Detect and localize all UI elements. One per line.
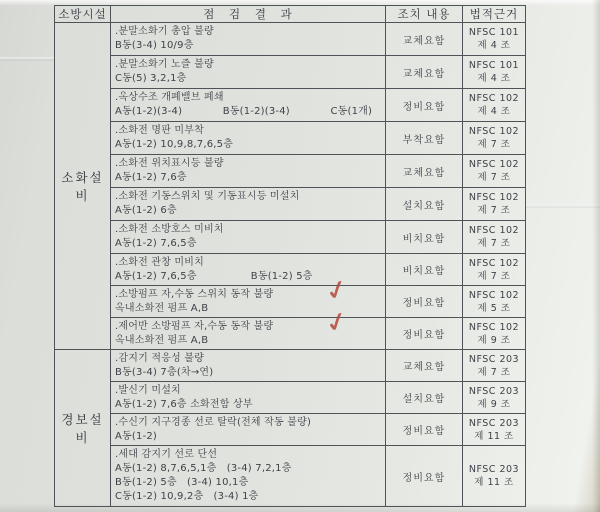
legal-basis-line: NFSC 102 — [463, 92, 525, 105]
legal-basis-line: 제 7 조 — [463, 237, 525, 250]
legal-basis-line: 제 4 조 — [463, 72, 525, 85]
result-line: A동(1-2) 6층 — [115, 204, 383, 218]
header-legal-basis: 법적근거 — [463, 6, 526, 23]
legal-basis-line: NFSC 203 — [463, 353, 525, 366]
inspection-result-cell: .분말소화기 총압 불량B동(3-4) 10/9층 — [111, 23, 386, 56]
inspection-result-cell: .소화전 관창 미비치A동(1-2) 7,6,5층 B동(1-2) 5층 — [111, 254, 386, 286]
table-row: .소방펌프 자,수동 스위치 동작 불량옥내소화전 펌프 A,B✓정비요함NFS… — [55, 286, 526, 318]
result-line: A동(1-2) 7,6층 소화전함 상부 — [115, 398, 383, 412]
table-row: .소화전 소방호스 미비치A동(1-2) 7,6,5층비치요함NFSC 102제… — [55, 221, 526, 254]
table-row: .수신기 지구경종 선로 탈락(전체 작동 불량)A동(1-2)정비요함NFSC… — [55, 414, 526, 446]
table-row: .소화전 명판 미부착A동(1-2) 10,9,8,7,6,5층부착요함NFSC… — [55, 122, 526, 155]
table-row: .소화전 기동스위치 및 기동표시등 미설치A동(1-2) 6층설치요함NFSC… — [55, 188, 526, 221]
legal-basis-cell: NFSC 203제 11 조 — [463, 446, 526, 507]
legal-basis-line: NFSC 203 — [463, 417, 525, 430]
legal-basis-line: 제 11 조 — [463, 476, 525, 489]
inspection-result-cell: .소화전 위치표시등 불량A동(1-2) 7,6층 — [111, 155, 386, 188]
legal-basis-line: 제 5 조 — [463, 302, 525, 315]
legal-basis-cell: NFSC 101제 4 조 — [463, 56, 526, 89]
result-line: .소화전 명판 미부착 — [115, 124, 383, 138]
inspection-result-cell: .소화전 소방호스 미비치A동(1-2) 7,6,5층 — [111, 221, 386, 254]
table-row: .소화전 위치표시등 불량A동(1-2) 7,6층교체요함NFSC 102제 7… — [55, 155, 526, 188]
table-row: .세대 감지기 선로 단선A동(1-2) 8,7,6,5,1층 (3-4) 7,… — [55, 446, 526, 507]
result-line: .소화전 위치표시등 불량 — [115, 157, 383, 171]
inspection-result-cell: .소화전 기동스위치 및 기동표시등 미설치A동(1-2) 6층 — [111, 188, 386, 221]
inspection-table: 소방시설 점 검 결 과 조치 내용 법적근거 소화설비.분말소화기 총압 불량… — [54, 5, 526, 507]
action-required-cell: 정비요함 — [386, 446, 463, 507]
action-required-cell: 비치요함 — [386, 221, 463, 254]
action-required-cell: 교체요함 — [386, 155, 463, 188]
table-row: 소화설비.분말소화기 총압 불량B동(3-4) 10/9층교체요함NFSC 10… — [55, 23, 526, 56]
legal-basis-line: NFSC 102 — [463, 224, 525, 237]
result-line: 옥내소화전 펌프 A,B — [115, 334, 383, 348]
inspection-result-cell: .옥상수조 개폐밸브 폐쇄A동(1-2)(3-4) B동(1-2)(3-4) C… — [111, 89, 386, 122]
action-required-cell: 비치요함 — [386, 254, 463, 286]
result-line: .제어반 소방펌프 자,수동 동작 불량 — [115, 320, 383, 334]
result-line: A동(1-2) 10,9,8,7,6,5층 — [115, 138, 383, 152]
inspection-result-cell: .소화전 명판 미부착A동(1-2) 10,9,8,7,6,5층 — [111, 122, 386, 155]
result-line: .소방펌프 자,수동 스위치 동작 불량 — [115, 288, 383, 302]
inspection-result-cell: .분말소화기 노즐 불량C동(5) 3,2,1층 — [111, 56, 386, 89]
action-required-cell: 정비요함 — [386, 89, 463, 122]
legal-basis-line: NFSC 102 — [463, 321, 525, 334]
header-action: 조치 내용 — [386, 6, 463, 23]
paper-edge-shadow — [592, 0, 600, 512]
result-line: .옥상수조 개폐밸브 폐쇄 — [115, 91, 383, 105]
result-line: B동(1-2) 5층 (3-4) 10,1층 — [115, 476, 383, 490]
legal-basis-line: NFSC 102 — [463, 257, 525, 270]
legal-basis-cell: NFSC 203제 11 조 — [463, 414, 526, 446]
header-facility: 소방시설 — [55, 6, 111, 23]
legal-basis-line: NFSC 102 — [463, 289, 525, 302]
inspection-result-cell: .소방펌프 자,수동 스위치 동작 불량옥내소화전 펌프 A,B✓ — [111, 286, 386, 318]
inspection-result-cell: .세대 감지기 선로 단선A동(1-2) 8,7,6,5,1층 (3-4) 7,… — [111, 446, 386, 507]
result-line: A동(1-2) 8,7,6,5,1층 (3-4) 7,2,1층 — [115, 462, 383, 476]
result-line: .발신기 미설치 — [115, 384, 383, 398]
result-line: .세대 감지기 선로 단선 — [115, 448, 383, 462]
facility-section-label: 소화설비 — [55, 23, 111, 350]
result-line: B동(3-4) 7층(차→연) — [115, 366, 383, 380]
result-line: A동(1-2) — [115, 430, 383, 444]
result-line: A동(1-2) 7,6,5층 B동(1-2) 5층 — [115, 270, 383, 284]
result-line: .소화전 소방호스 미비치 — [115, 223, 383, 237]
result-line: .감지기 적응성 불량 — [115, 352, 383, 366]
result-line: C동(1-2) 10,9,2층 (3-4) 1층 — [115, 490, 383, 504]
table-row: .소화전 관창 미비치A동(1-2) 7,6,5층 B동(1-2) 5층비치요함… — [55, 254, 526, 286]
legal-basis-cell: NFSC 102제 7 조 — [463, 122, 526, 155]
table-header-row: 소방시설 점 검 결 과 조치 내용 법적근거 — [55, 6, 526, 23]
legal-basis-line: 제 7 조 — [463, 270, 525, 283]
facility-section-label: 경보설비 — [55, 350, 111, 507]
legal-basis-cell: NFSC 102제 5 조 — [463, 286, 526, 318]
legal-basis-line: NFSC 102 — [463, 125, 525, 138]
action-required-cell: 정비요함 — [386, 286, 463, 318]
table-row: .발신기 미설치A동(1-2) 7,6층 소화전함 상부설치요함NFSC 203… — [55, 382, 526, 414]
paper-crease-left — [0, 57, 54, 61]
inspection-result-cell: .감지기 적응성 불량B동(3-4) 7층(차→연) — [111, 350, 386, 382]
header-inspection-result: 점 검 결 과 — [111, 6, 386, 23]
legal-basis-cell: NFSC 102제 7 조 — [463, 221, 526, 254]
result-line: .분말소화기 노즐 불량 — [115, 58, 383, 72]
result-line: A동(1-2)(3-4) B동(1-2)(3-4) C동(1개) — [115, 105, 383, 119]
legal-basis-line: 제 11 조 — [463, 430, 525, 443]
action-required-cell: 정비요함 — [386, 318, 463, 350]
legal-basis-cell: NFSC 102제 4 조 — [463, 89, 526, 122]
inspection-table-body: 소화설비.분말소화기 총압 불량B동(3-4) 10/9층교체요함NFSC 10… — [55, 23, 526, 507]
result-line: A동(1-2) 7,6,5층 — [115, 237, 383, 251]
action-required-cell: 교체요함 — [386, 350, 463, 382]
legal-basis-line: 제 7 조 — [463, 366, 525, 379]
result-line: .수신기 지구경종 선로 탈락(전체 작동 불량) — [115, 416, 383, 430]
legal-basis-line: 제 7 조 — [463, 204, 525, 217]
legal-basis-line: NFSC 101 — [463, 59, 525, 72]
inspection-result-cell: .수신기 지구경종 선로 탈락(전체 작동 불량)A동(1-2) — [111, 414, 386, 446]
legal-basis-cell: NFSC 102제 9 조 — [463, 318, 526, 350]
legal-basis-line: NFSC 203 — [463, 385, 525, 398]
action-required-cell: 설치요함 — [386, 188, 463, 221]
legal-basis-line: 제 4 조 — [463, 39, 525, 52]
table-row: .분말소화기 노즐 불량C동(5) 3,2,1층교체요함NFSC 101제 4 … — [55, 56, 526, 89]
scanned-document-page: { "table": { "header": { "facility": "소방… — [0, 0, 600, 512]
inspection-result-cell: .제어반 소방펌프 자,수동 동작 불량옥내소화전 펌프 A,B✓ — [111, 318, 386, 350]
table-row: .제어반 소방펌프 자,수동 동작 불량옥내소화전 펌프 A,B✓정비요함NFS… — [55, 318, 526, 350]
legal-basis-line: 제 4 조 — [463, 105, 525, 118]
result-line: 옥내소화전 펌프 A,B — [115, 302, 383, 316]
action-required-cell: 교체요함 — [386, 56, 463, 89]
legal-basis-line: 제 9 조 — [463, 334, 525, 347]
legal-basis-line: 제 9 조 — [463, 398, 525, 411]
legal-basis-cell: NFSC 101제 4 조 — [463, 23, 526, 56]
legal-basis-cell: NFSC 102제 7 조 — [463, 188, 526, 221]
result-line: .분말소화기 총압 불량 — [115, 25, 383, 39]
table-row: .옥상수조 개폐밸브 폐쇄A동(1-2)(3-4) B동(1-2)(3-4) C… — [55, 89, 526, 122]
legal-basis-cell: NFSC 203제 7 조 — [463, 350, 526, 382]
result-line: A동(1-2) 7,6층 — [115, 171, 383, 185]
action-required-cell: 정비요함 — [386, 414, 463, 446]
legal-basis-cell: NFSC 102제 7 조 — [463, 155, 526, 188]
legal-basis-line: NFSC 203 — [463, 463, 525, 476]
table-row: 경보설비.감지기 적응성 불량B동(3-4) 7층(차→연)교체요함NFSC 2… — [55, 350, 526, 382]
legal-basis-line: NFSC 101 — [463, 26, 525, 39]
legal-basis-cell: NFSC 203제 9 조 — [463, 382, 526, 414]
paper-crease-right — [526, 204, 600, 208]
legal-basis-line: 제 7 조 — [463, 171, 525, 184]
legal-basis-line: NFSC 102 — [463, 191, 525, 204]
legal-basis-line: NFSC 102 — [463, 158, 525, 171]
inspection-result-cell: .발신기 미설치A동(1-2) 7,6층 소화전함 상부 — [111, 382, 386, 414]
action-required-cell: 부착요함 — [386, 122, 463, 155]
legal-basis-cell: NFSC 102제 7 조 — [463, 254, 526, 286]
legal-basis-line: 제 7 조 — [463, 138, 525, 151]
result-line: .소화전 기동스위치 및 기동표시등 미설치 — [115, 190, 383, 204]
action-required-cell: 설치요함 — [386, 382, 463, 414]
result-line: .소화전 관창 미비치 — [115, 256, 383, 270]
result-line: C동(5) 3,2,1층 — [115, 72, 383, 86]
action-required-cell: 교체요함 — [386, 23, 463, 56]
result-line: B동(3-4) 10/9층 — [115, 39, 383, 53]
